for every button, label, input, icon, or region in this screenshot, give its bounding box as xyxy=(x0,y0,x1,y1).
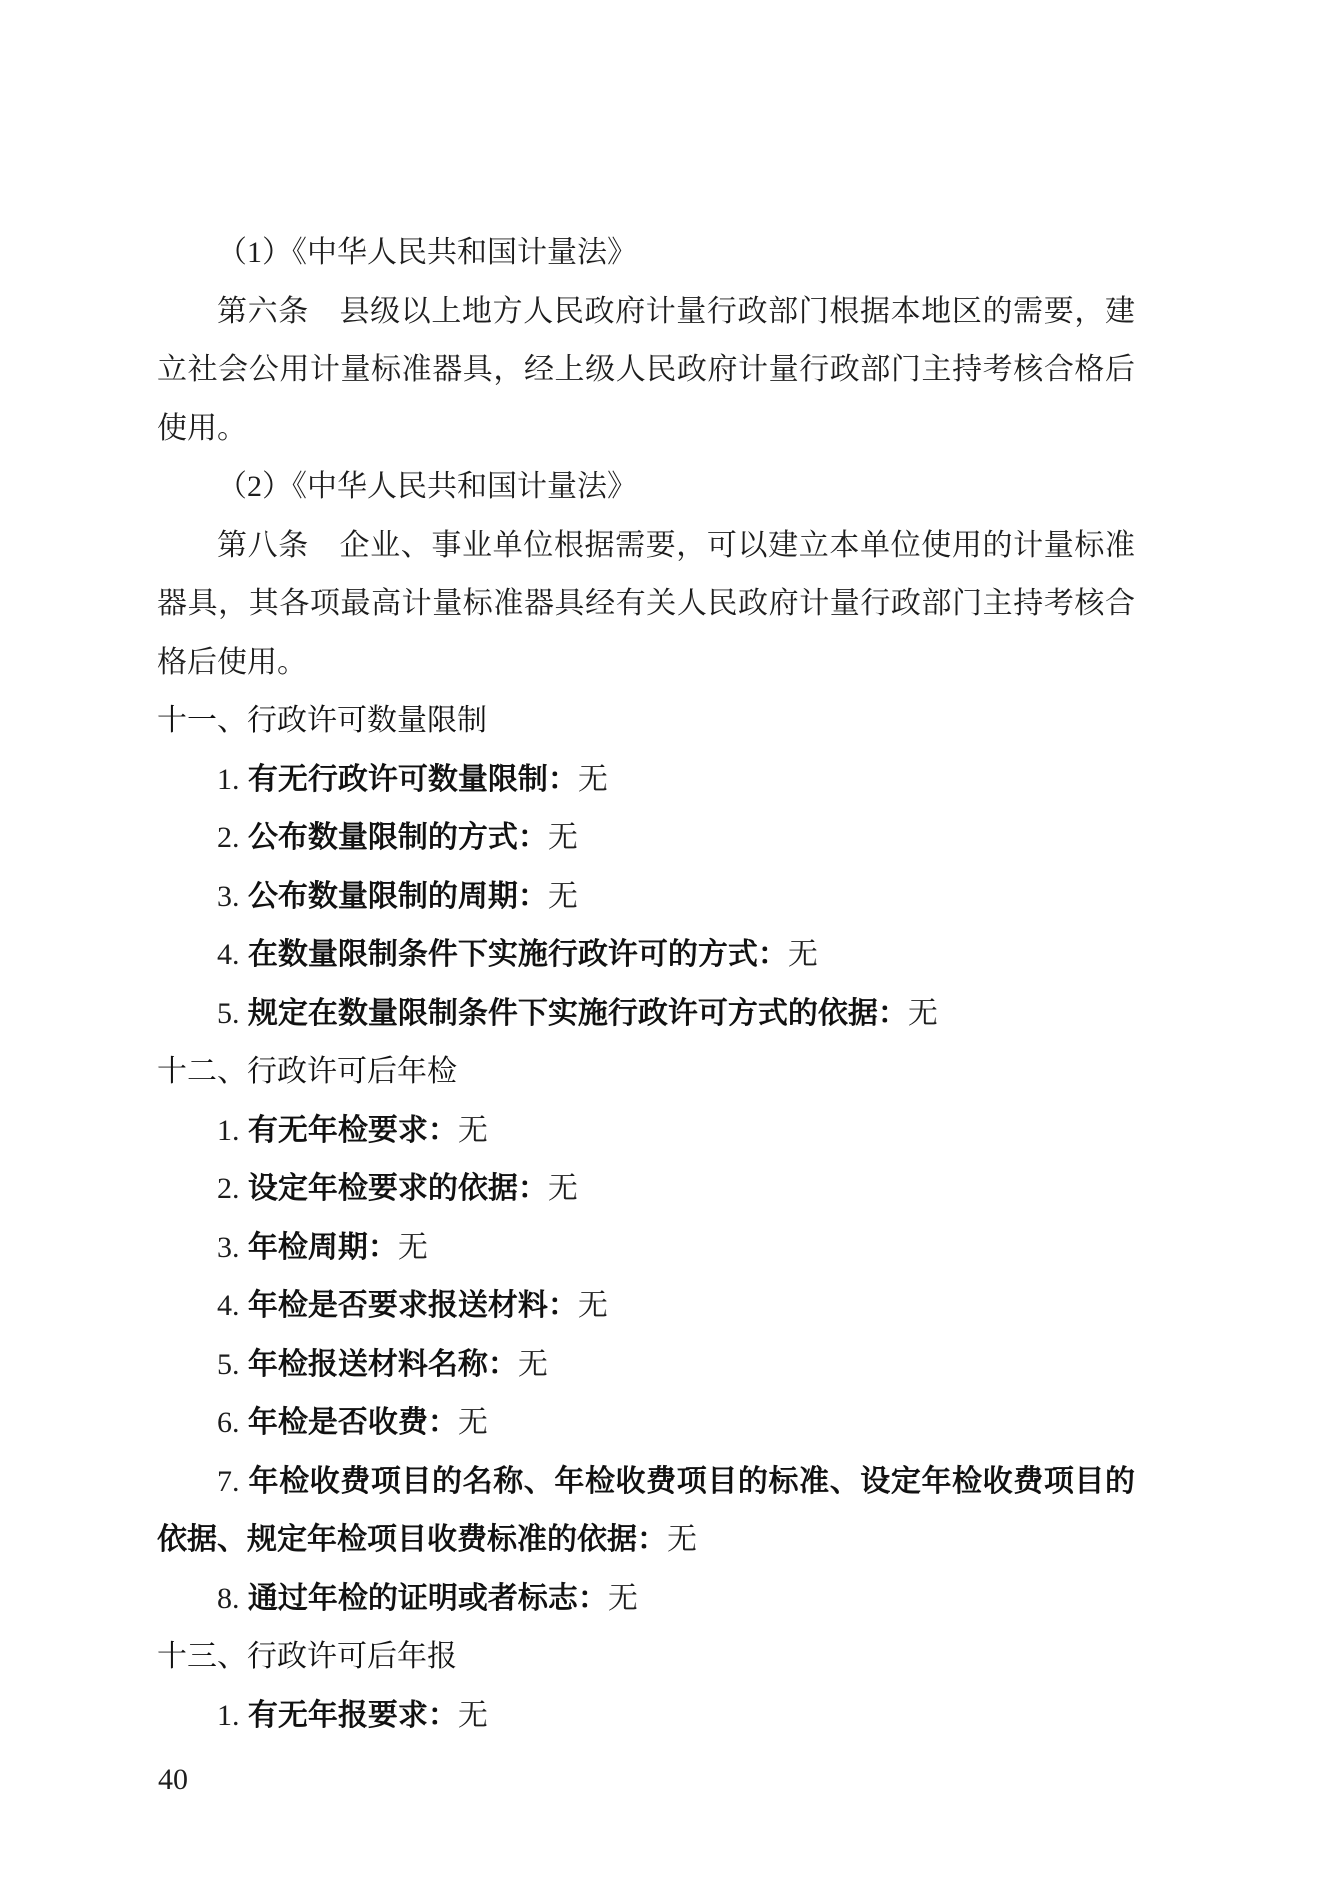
item-label: 有无年报要求： xyxy=(248,1699,458,1732)
section-heading: 十三、行政许可后年报 xyxy=(157,1628,1135,1687)
item-label: 在数量限制条件下实施行政许可的方式： xyxy=(248,938,788,971)
numbered-item: 2.公布数量限制的方式：无 xyxy=(157,809,1135,868)
item-label: 年检报送材料名称： xyxy=(248,1348,518,1381)
item-label: 有无年检要求： xyxy=(248,1114,458,1147)
body-paragraph: （1）《中华人民共和国计量法》 xyxy=(157,224,1135,283)
item-number: 6. xyxy=(217,1406,240,1439)
body-paragraph: 第八条 企业、事业单位根据需要，可以建立本单位使用的计量标准器具，其各项最高计量… xyxy=(157,517,1135,693)
item-label: 年检收费项目的名称、年检收费项目的标准、设定年检收费项目的依据、规定年检项目收费… xyxy=(157,1465,1135,1557)
item-label: 规定在数量限制条件下实施行政许可方式的依据： xyxy=(248,997,908,1030)
numbered-item: 3.年检周期：无 xyxy=(157,1219,1135,1278)
item-number: 8. xyxy=(217,1582,240,1615)
numbered-item: 2.设定年检要求的依据：无 xyxy=(157,1160,1135,1219)
item-number: 5. xyxy=(217,997,240,1030)
item-number: 2. xyxy=(217,1172,240,1205)
section-heading: 十二、行政许可后年检 xyxy=(157,1043,1135,1102)
section-heading: 十一、行政许可数量限制 xyxy=(157,692,1135,751)
numbered-item: 5.规定在数量限制条件下实施行政许可方式的依据：无 xyxy=(157,985,1135,1044)
item-value: 无 xyxy=(548,880,578,913)
numbered-item: 4.在数量限制条件下实施行政许可的方式：无 xyxy=(157,926,1135,985)
body-paragraph: 第六条 县级以上地方人民政府计量行政部门根据本地区的需要，建立社会公用计量标准器… xyxy=(157,283,1135,459)
item-label: 公布数量限制的周期： xyxy=(248,880,548,913)
document-page: { "page": { "background": "#ffffff", "te… xyxy=(0,0,1339,1890)
item-number: 1. xyxy=(217,1699,240,1732)
numbered-item: 8.通过年检的证明或者标志：无 xyxy=(157,1570,1135,1629)
item-number: 4. xyxy=(217,938,240,971)
numbered-item: 1.有无年检要求：无 xyxy=(157,1102,1135,1161)
item-value: 无 xyxy=(398,1231,428,1264)
item-number: 3. xyxy=(217,1231,240,1264)
item-value: 无 xyxy=(548,1172,578,1205)
numbered-item: 3.公布数量限制的周期：无 xyxy=(157,868,1135,927)
item-label: 设定年检要求的依据： xyxy=(248,1172,548,1205)
numbered-item: 6.年检是否收费：无 xyxy=(157,1394,1135,1453)
numbered-item: 4.年检是否要求报送材料：无 xyxy=(157,1277,1135,1336)
item-value: 无 xyxy=(608,1582,638,1615)
item-value: 无 xyxy=(518,1348,548,1381)
item-number: 1. xyxy=(217,763,240,796)
item-value: 无 xyxy=(667,1523,697,1556)
item-number: 1. xyxy=(217,1114,240,1147)
numbered-item: 7.年检收费项目的名称、年检收费项目的标准、设定年检收费项目的依据、规定年检项目… xyxy=(157,1453,1135,1570)
item-label: 年检周期： xyxy=(248,1231,398,1264)
page-number: 40 xyxy=(158,1751,188,1809)
item-value: 无 xyxy=(458,1699,488,1732)
numbered-item: 1.有无行政许可数量限制：无 xyxy=(157,751,1135,810)
numbered-item: 1.有无年报要求：无 xyxy=(157,1687,1135,1746)
item-value: 无 xyxy=(908,997,938,1030)
document-sheet: （1）《中华人民共和国计量法》第六条 县级以上地方人民政府计量行政部门根据本地区… xyxy=(0,0,1339,1890)
item-value: 无 xyxy=(458,1114,488,1147)
item-label: 通过年检的证明或者标志： xyxy=(248,1582,608,1615)
item-label: 有无行政许可数量限制： xyxy=(248,763,578,796)
item-value: 无 xyxy=(548,821,578,854)
item-value: 无 xyxy=(788,938,818,971)
item-number: 5. xyxy=(217,1348,240,1381)
numbered-item: 5.年检报送材料名称：无 xyxy=(157,1336,1135,1395)
item-number: 2. xyxy=(217,821,240,854)
item-number: 4. xyxy=(217,1289,240,1322)
item-value: 无 xyxy=(578,1289,608,1322)
item-number: 7. xyxy=(217,1465,240,1498)
body-paragraph: （2）《中华人民共和国计量法》 xyxy=(157,458,1135,517)
item-label: 年检是否要求报送材料： xyxy=(248,1289,578,1322)
document-body: （1）《中华人民共和国计量法》第六条 县级以上地方人民政府计量行政部门根据本地区… xyxy=(157,224,1135,1745)
item-value: 无 xyxy=(458,1406,488,1439)
item-label: 年检是否收费： xyxy=(248,1406,458,1439)
item-number: 3. xyxy=(217,880,240,913)
item-value: 无 xyxy=(578,763,608,796)
item-label: 公布数量限制的方式： xyxy=(248,821,548,854)
